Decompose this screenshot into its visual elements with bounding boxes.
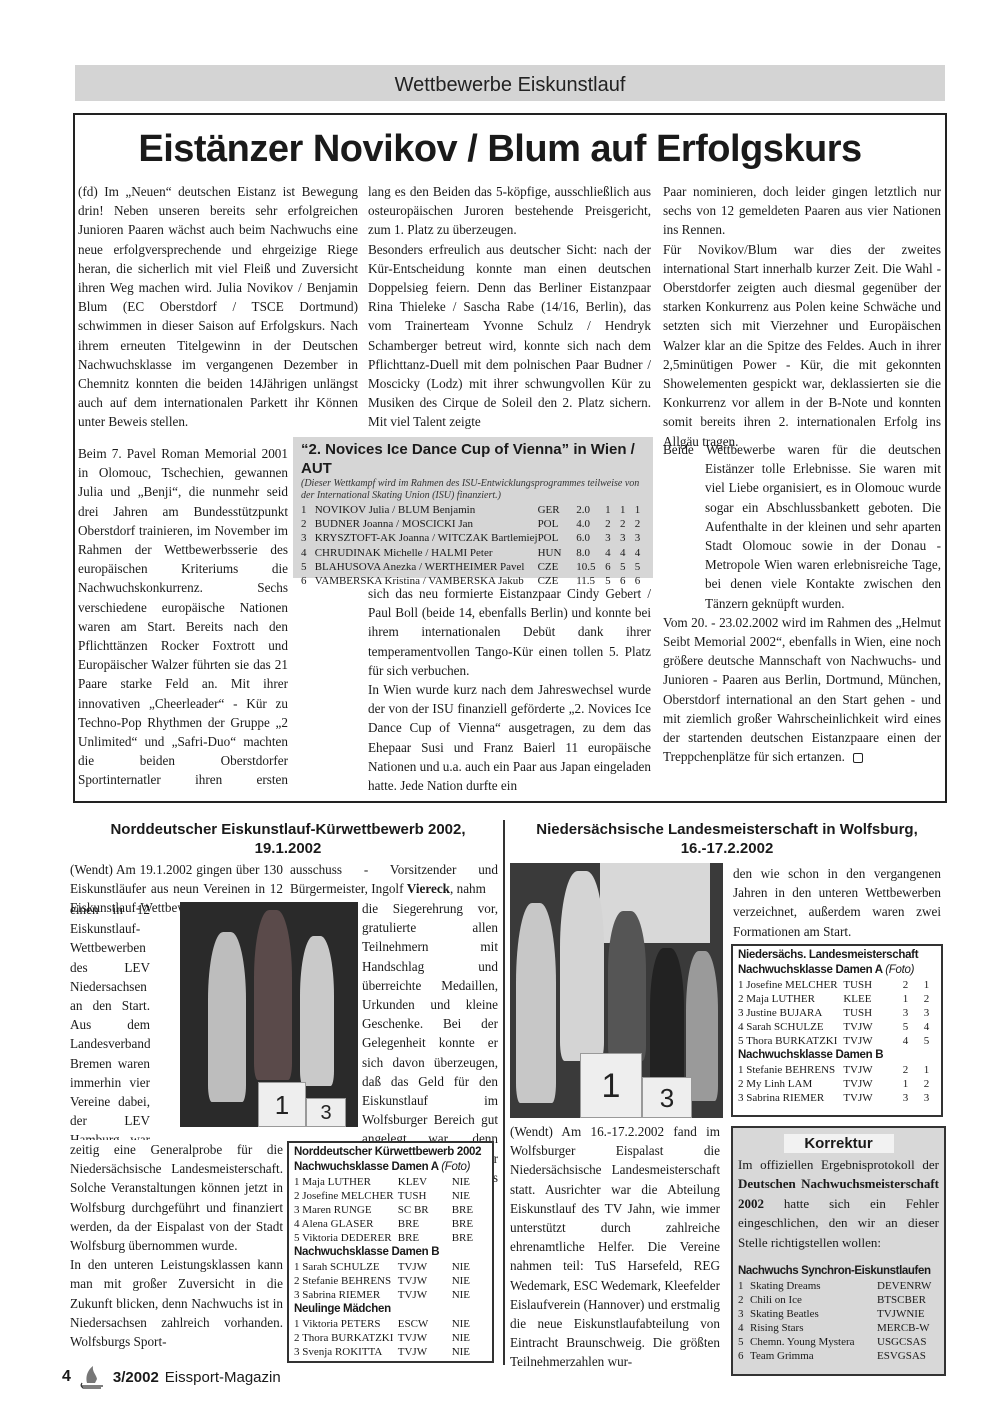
lower-saxony-results-box: Niedersächs. LandesmeisterschaftNachwuch… bbox=[731, 944, 943, 1117]
results-table: 1 Viktoria PETERSESCWNIE2 Thora BURKATZK… bbox=[294, 1317, 487, 1359]
placement-2: 1 bbox=[615, 503, 630, 517]
skater-name: 5 Thora BURKATZKI bbox=[738, 1034, 843, 1048]
skater-figure bbox=[608, 911, 646, 1061]
club: TVJW bbox=[398, 1331, 452, 1345]
magazine-name: Eissport-Magazin bbox=[165, 1369, 281, 1386]
skater-figure bbox=[254, 910, 292, 1080]
points: 4.0 bbox=[576, 517, 600, 531]
points: 10.5 bbox=[576, 560, 600, 574]
paragraph: Beim 7. Pavel Roman Memorial 2001 in Olo… bbox=[78, 444, 288, 790]
result-row: 3 Svenja ROKITTATVJWNIE bbox=[294, 1345, 487, 1359]
skater-name: 1 Maja LUTHER bbox=[294, 1175, 398, 1189]
correction-subtitle: Nachwuchs Synchron-Eiskunstlaufen bbox=[738, 1264, 939, 1279]
column-divider bbox=[503, 820, 505, 1365]
end-of-article-icon bbox=[853, 753, 863, 763]
pair-name: CHRUDINAK Michelle / HALMI Peter bbox=[315, 546, 538, 560]
region: NIE bbox=[452, 1189, 487, 1203]
placement-1: 2 bbox=[600, 517, 615, 531]
north-article-heading: Norddeutscher Eiskunstlauf-Kürwettbewerb… bbox=[78, 820, 498, 858]
cup-result-row: 5BLAHUSOVA Anezka / WERTHEIMER PavelCZE1… bbox=[301, 560, 645, 574]
region: NIE bbox=[452, 1288, 487, 1302]
club: TVJW bbox=[843, 1063, 894, 1077]
lower-saxony-article-heading: Niedersächsische Landesmeisterschaft in … bbox=[512, 820, 942, 858]
skater-name: 3 Sabrina RIEMER bbox=[294, 1288, 398, 1302]
result-row: 4 Sarah SCHULZETVJW54 bbox=[738, 1020, 936, 1034]
placement-2: 4 bbox=[615, 546, 630, 560]
pair-name: BLAHUSOVA Anezka / WERTHEIMER Pavel bbox=[315, 560, 538, 574]
placement-3: 1 bbox=[630, 503, 645, 517]
correction-table: 1Skating DreamsDEVENRW2Chili on IceBTSCB… bbox=[738, 1279, 939, 1363]
skater-name: 1 Josefine MELCHER bbox=[738, 978, 843, 992]
result-row: 3 Justine BUJARATUSH33 bbox=[738, 1006, 936, 1020]
main-article-title: Eistänzer Novikov / Blum auf Erfolgskurs bbox=[0, 128, 1000, 171]
correction-row: 1Skating DreamsDEVENRW bbox=[738, 1279, 939, 1293]
skater-figure bbox=[650, 948, 684, 1098]
region: BRE bbox=[452, 1217, 487, 1231]
placement-3: 6 bbox=[630, 574, 645, 588]
correction-title: Korrektur bbox=[784, 1134, 894, 1153]
skater-name: 1 Stefanie BEHRENS bbox=[738, 1063, 843, 1077]
rank: 3 bbox=[301, 531, 315, 545]
pair-name: VAMBERSKA Kristina / VAMBERSKA Jakub bbox=[315, 574, 538, 588]
club: SC BR bbox=[398, 1203, 452, 1217]
correction-row: 5Chemn. Young MysteraUSGCSAS bbox=[738, 1335, 939, 1349]
skate-logo-icon bbox=[77, 1365, 107, 1389]
placement-a: 1 bbox=[894, 992, 917, 1006]
main-article-col2-bottom: sich das neu formierte Eistanzpaar Cindy… bbox=[368, 584, 651, 795]
cup-results-table: 1NOVIKOV Julia / BLUM BenjaminGER2.01112… bbox=[301, 503, 645, 588]
club: TVJW bbox=[398, 1345, 452, 1359]
region: NIE bbox=[452, 1345, 487, 1359]
result-row: 2 My Linh LAMTVJW12 bbox=[738, 1077, 936, 1091]
paragraph: (fd) Im „Neuen“ deutschen Eistanz ist Be… bbox=[78, 182, 358, 432]
skater-name: 1 Viktoria PETERS bbox=[294, 1317, 398, 1331]
team-code: DEVENRW bbox=[877, 1279, 939, 1293]
cup-note: (Dieser Wettkampf wird im Rahmen des ISU… bbox=[301, 478, 645, 502]
club: TVJW bbox=[398, 1274, 452, 1288]
skater-figure bbox=[560, 871, 604, 1061]
placement-1: 4 bbox=[600, 546, 615, 560]
region: NIE bbox=[452, 1260, 487, 1274]
cup-result-row: 6VAMBERSKA Kristina / VAMBERSKA JakubCZE… bbox=[301, 574, 645, 588]
club: BRE bbox=[398, 1231, 452, 1245]
paragraph: Für Novikov/Blum war dies der zweites in… bbox=[663, 240, 941, 451]
paragraph: Beide Wettbewerbe waren für die deutsche… bbox=[663, 440, 941, 613]
nation: CZE bbox=[538, 574, 577, 588]
paragraph: sich das neu formierte Eistanzpaar Cindy… bbox=[368, 584, 651, 680]
skater-figure bbox=[208, 932, 246, 1102]
club: TVJW bbox=[398, 1288, 452, 1302]
placement-3: 5 bbox=[630, 560, 645, 574]
skater-name: 2 Maja LUTHER bbox=[738, 992, 843, 1006]
rank: 3 bbox=[738, 1307, 750, 1321]
nation: POL bbox=[538, 517, 577, 531]
issue-number: 3/2002 bbox=[113, 1369, 159, 1386]
correction-box: Korrektur Im offiziellen Ergebnisprotoko… bbox=[731, 1126, 946, 1376]
page-footer: 4 3/2002 Eissport-Magazin bbox=[62, 1366, 281, 1388]
podium-third-place: 3 bbox=[306, 1098, 346, 1127]
club: KLEV bbox=[398, 1175, 452, 1189]
cup-title: “2. Novices Ice Dance Cup of Vienna” in … bbox=[301, 440, 645, 478]
paragraph: In Wien wurde kurz nach dem Jahreswechse… bbox=[368, 680, 651, 795]
skater-figure bbox=[516, 903, 556, 1103]
points: 6.0 bbox=[576, 531, 600, 545]
north-text-bottom: zeitig eine Generalprobe für die Nieders… bbox=[70, 1140, 283, 1351]
nation: GER bbox=[538, 503, 577, 517]
skater-name: 4 Alena GLASER bbox=[294, 1217, 398, 1231]
paragraph: In den unteren Leistungsklassen kann man… bbox=[70, 1255, 283, 1351]
club: TVJW bbox=[843, 1077, 894, 1091]
placement-b: 1 bbox=[917, 978, 936, 992]
placement-b: 3 bbox=[917, 1091, 936, 1105]
region: NIE bbox=[452, 1175, 487, 1189]
region: NIE bbox=[452, 1317, 487, 1331]
rank: 5 bbox=[301, 560, 315, 574]
club: TVJW bbox=[843, 1091, 894, 1105]
page-number: 4 bbox=[62, 1368, 71, 1386]
results-table: 1 Sarah SCHULZETVJWNIE2 Stefanie BEHRENS… bbox=[294, 1260, 487, 1302]
team-name: Skating Dreams bbox=[750, 1279, 877, 1293]
skater-name: 4 Sarah SCHULZE bbox=[738, 1020, 843, 1034]
placement-3: 4 bbox=[630, 546, 645, 560]
team-code: MERCB-W bbox=[877, 1321, 939, 1335]
rank: 5 bbox=[738, 1335, 750, 1349]
results-group-heading: Nachwuchsklasse Damen B bbox=[294, 1245, 487, 1260]
club: KLEE bbox=[843, 992, 894, 1006]
placement-2: 2 bbox=[615, 517, 630, 531]
result-row: 1 Stefanie BEHRENSTVJW21 bbox=[738, 1063, 936, 1077]
result-row: 3 Sabrina RIEMERTVJWNIE bbox=[294, 1288, 487, 1302]
section-header: Wettbewerbe Eiskunstlauf bbox=[75, 65, 945, 101]
placement-a: 4 bbox=[894, 1034, 917, 1048]
skater-name: 3 Sabrina RIEMER bbox=[738, 1091, 843, 1105]
correction-row: 4Rising StarsMERCB-W bbox=[738, 1321, 939, 1335]
region: BRE bbox=[452, 1203, 487, 1217]
results-title: Niedersächs. Landesmeisterschaft bbox=[738, 948, 936, 963]
region: NIE bbox=[452, 1274, 487, 1288]
skater-name: 1 Sarah SCHULZE bbox=[294, 1260, 398, 1274]
result-row: 3 Maren RUNGESC BRBRE bbox=[294, 1203, 487, 1217]
region: BRE bbox=[452, 1231, 487, 1245]
pair-name: BUDNER Joanna / MOSCICKI Jan bbox=[315, 517, 538, 531]
club: TVJW bbox=[398, 1260, 452, 1274]
paragraph: einen in 12 Eiskunstlauf-Wettbewerben de… bbox=[70, 900, 150, 1140]
placement-b: 4 bbox=[917, 1020, 936, 1034]
paragraph: zeitig eine Generalprobe für die Nieders… bbox=[70, 1140, 283, 1255]
rank: 4 bbox=[301, 546, 315, 560]
placement-a: 2 bbox=[894, 978, 917, 992]
results-group-heading: Nachwuchsklasse Damen A (Foto) bbox=[738, 963, 936, 978]
placement-3: 2 bbox=[630, 517, 645, 531]
main-article-col3-bottom: Beide Wettbewerbe waren für die deutsche… bbox=[663, 440, 941, 766]
pair-name: NOVIKOV Julia / BLUM Benjamin bbox=[315, 503, 538, 517]
result-row: 1 Maja LUTHERKLEVNIE bbox=[294, 1175, 487, 1189]
podium-first-place: 1 bbox=[580, 1053, 642, 1118]
placement-b: 1 bbox=[917, 1063, 936, 1077]
placement-2: 3 bbox=[615, 531, 630, 545]
result-row: 5 Thora BURKATZKITVJW45 bbox=[738, 1034, 936, 1048]
rank: 6 bbox=[301, 574, 315, 588]
rank: 1 bbox=[738, 1279, 750, 1293]
team-code: ESVGSAS bbox=[877, 1349, 939, 1363]
placement-b: 3 bbox=[917, 1006, 936, 1020]
main-article-col3-top: Paar nominieren, doch leider gingen letz… bbox=[663, 182, 941, 451]
team-name: Rising Stars bbox=[750, 1321, 877, 1335]
placement-1: 6 bbox=[600, 560, 615, 574]
results-table: 1 Stefanie BEHRENSTVJW212 My Linh LAMTVJ… bbox=[738, 1063, 936, 1105]
main-article-col1-top: (fd) Im „Neuen“ deutschen Eistanz ist Be… bbox=[78, 182, 358, 432]
placement-b: 2 bbox=[917, 1077, 936, 1091]
placement-a: 2 bbox=[894, 1063, 917, 1077]
paragraph: Besonders erfreulich aus deutscher Sicht… bbox=[368, 240, 651, 432]
north-results-box: Norddeutscher Kürwettbewerb 2002Nachwuch… bbox=[287, 1141, 494, 1363]
result-row: 3 Sabrina RIEMERTVJW33 bbox=[738, 1091, 936, 1105]
skater-name: 2 Josefine MELCHER bbox=[294, 1189, 398, 1203]
placement-2: 5 bbox=[615, 560, 630, 574]
podium-third-place: 3 bbox=[642, 1077, 692, 1118]
north-text-right-top: ausschuss - Vorsitzender und Bürgermeist… bbox=[290, 860, 498, 900]
skater-name: 3 Maren RUNGE bbox=[294, 1203, 398, 1217]
correction-row: 2Chili on IceBTSCBER bbox=[738, 1293, 939, 1307]
team-code: TVJWNIE bbox=[877, 1307, 939, 1321]
result-row: 1 Josefine MELCHERTUSH21 bbox=[738, 978, 936, 992]
skater-name: 5 Viktoria DEDERER bbox=[294, 1231, 398, 1245]
results-group-heading: Nachwuchsklasse Damen B bbox=[738, 1048, 936, 1063]
podium-first-place: 1 bbox=[258, 1082, 306, 1127]
correction-row: 3Skating BeatlesTVJWNIE bbox=[738, 1307, 939, 1321]
result-row: 2 Maja LUTHERKLEE12 bbox=[738, 992, 936, 1006]
results-title: Norddeutscher Kürwettbewerb 2002 bbox=[294, 1145, 487, 1160]
club: TVJW bbox=[843, 1034, 894, 1048]
team-name: Chili on Ice bbox=[750, 1293, 877, 1307]
cup-result-row: 1NOVIKOV Julia / BLUM BenjaminGER2.0111 bbox=[301, 503, 645, 517]
north-text-narrow: einen in 12 Eiskunstlauf-Wettbewerben de… bbox=[70, 900, 150, 1140]
nation: POL bbox=[538, 531, 577, 545]
results-group-heading: Neulinge Mädchen bbox=[294, 1302, 487, 1317]
placement-a: 3 bbox=[894, 1006, 917, 1020]
team-name: Skating Beatles bbox=[750, 1307, 877, 1321]
lower-saxony-text: (Wendt) Am 16.-17.2.2002 fand im Wolfsbu… bbox=[510, 1122, 720, 1372]
club: BRE bbox=[398, 1217, 452, 1231]
placement-1: 5 bbox=[600, 574, 615, 588]
placement-3: 3 bbox=[630, 531, 645, 545]
nation: HUN bbox=[538, 546, 577, 560]
paragraph: lang es den Beiden das 5-köpfige, aussch… bbox=[368, 182, 651, 240]
north-podium-photo: 1 3 bbox=[180, 902, 358, 1127]
club: TUSH bbox=[843, 978, 894, 992]
skater-name: 2 Stefanie BEHRENS bbox=[294, 1274, 398, 1288]
main-article-col1-mid: Beim 7. Pavel Roman Memorial 2001 in Olo… bbox=[78, 444, 288, 790]
placement-2: 6 bbox=[615, 574, 630, 588]
placement-1: 3 bbox=[600, 531, 615, 545]
cup-results-box: “2. Novices Ice Dance Cup of Vienna” in … bbox=[293, 437, 653, 578]
placement-b: 2 bbox=[917, 992, 936, 1006]
team-name: Chemn. Young Mystera bbox=[750, 1335, 877, 1349]
points: 8.0 bbox=[576, 546, 600, 560]
correction-row: 6Team GrimmaESVGSAS bbox=[738, 1349, 939, 1363]
club: TVJW bbox=[843, 1020, 894, 1034]
placement-a: 1 bbox=[894, 1077, 917, 1091]
result-row: 4 Alena GLASERBREBRE bbox=[294, 1217, 487, 1231]
team-name: Team Grimma bbox=[750, 1349, 877, 1363]
rank: 2 bbox=[301, 517, 315, 531]
result-row: 2 Josefine MELCHERTUSHNIE bbox=[294, 1189, 487, 1203]
paragraph: den wie schon in den vergangenen Jahren … bbox=[733, 864, 941, 941]
skater-figure bbox=[300, 936, 334, 1086]
skater-name: 2 My Linh LAM bbox=[738, 1077, 843, 1091]
rank: 6 bbox=[738, 1349, 750, 1363]
rank: 4 bbox=[738, 1321, 750, 1335]
result-row: 2 Thora BURKATZKITVJWNIE bbox=[294, 1331, 487, 1345]
lower-saxony-text-top: den wie schon in den vergangenen Jahren … bbox=[733, 864, 941, 941]
club: ESCW bbox=[398, 1317, 452, 1331]
result-row: 1 Viktoria PETERSESCWNIE bbox=[294, 1317, 487, 1331]
points: 2.0 bbox=[576, 503, 600, 517]
skater-name: 3 Svenja ROKITTA bbox=[294, 1345, 398, 1359]
placement-b: 5 bbox=[917, 1034, 936, 1048]
placement-1: 1 bbox=[600, 503, 615, 517]
points: 11.5 bbox=[576, 574, 600, 588]
placement-a: 3 bbox=[894, 1091, 917, 1105]
paragraph: ausschuss - Vorsitzender und Bürgermeist… bbox=[290, 860, 498, 898]
club: TUSH bbox=[843, 1006, 894, 1020]
lower-saxony-podium-photo: 1 3 bbox=[510, 863, 723, 1118]
cup-result-row: 2BUDNER Joanna / MOSCICKI JanPOL4.0222 bbox=[301, 517, 645, 531]
skater-name: 2 Thora BURKATZKI bbox=[294, 1331, 398, 1345]
correction-text: Im offiziellen Ergebnisprotokoll der Deu… bbox=[738, 1155, 939, 1252]
club: TUSH bbox=[398, 1189, 452, 1203]
nation: CZE bbox=[538, 560, 577, 574]
paragraph: (Wendt) Am 16.-17.2.2002 fand im Wolfsbu… bbox=[510, 1122, 720, 1372]
team-code: USGCSAS bbox=[877, 1335, 939, 1349]
result-row: 1 Sarah SCHULZETVJWNIE bbox=[294, 1260, 487, 1274]
main-article-col2-top: lang es den Beiden das 5-köpfige, aussch… bbox=[368, 182, 651, 432]
skater-name: 3 Justine BUJARA bbox=[738, 1006, 843, 1020]
pair-name: KRYSZTOFT-AK Joanna / WITCZAK Bartlemiej bbox=[315, 531, 538, 545]
result-row: 2 Stefanie BEHRENSTVJWNIE bbox=[294, 1274, 487, 1288]
result-row: 5 Viktoria DEDERERBREBRE bbox=[294, 1231, 487, 1245]
paragraph: Vom 20. - 23.02.2002 wird im Rahmen des … bbox=[663, 613, 941, 767]
paragraph: Paar nominieren, doch leider gingen letz… bbox=[663, 182, 941, 240]
results-table: 1 Josefine MELCHERTUSH212 Maja LUTHERKLE… bbox=[738, 978, 936, 1048]
results-table: 1 Maja LUTHERKLEVNIE2 Josefine MELCHERTU… bbox=[294, 1175, 487, 1245]
region: NIE bbox=[452, 1331, 487, 1345]
placement-a: 5 bbox=[894, 1020, 917, 1034]
rank: 2 bbox=[738, 1293, 750, 1307]
team-code: BTSCBER bbox=[877, 1293, 939, 1307]
cup-result-row: 4CHRUDINAK Michelle / HALMI PeterHUN8.04… bbox=[301, 546, 645, 560]
rank: 1 bbox=[301, 503, 315, 517]
cup-result-row: 3KRYSZTOFT-AK Joanna / WITCZAK Bartlemie… bbox=[301, 531, 645, 545]
results-group-heading: Nachwuchsklasse Damen A (Foto) bbox=[294, 1160, 487, 1175]
